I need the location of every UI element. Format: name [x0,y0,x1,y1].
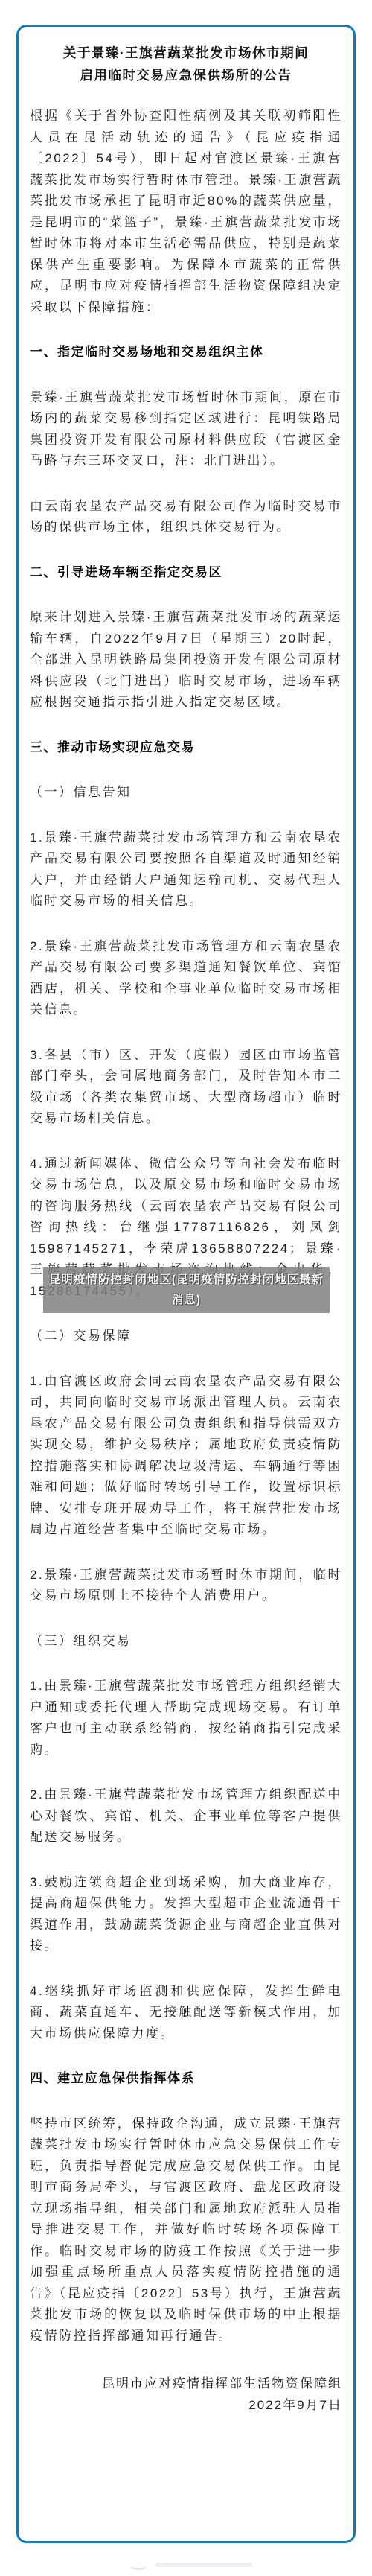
paragraph: 1.景臻·王旗营蔬菜批发市场管理方和云南农垦农产品交易有限公司要按照各自渠道及时… [30,827,342,912]
paragraph: 1.由景臻·王旗营蔬菜批发市场管理方组织经销大户通知或委托代理人帮助完成现场交易… [30,1676,342,1761]
watermark-text-faint [155,2563,252,2567]
paragraph: 3.各县（市）区、开发（度假）园区由市场监管部门牵头，会同属地商务部门，及时告知… [30,1045,342,1130]
section-heading: 三、推动市场实现应急交易 [30,737,342,759]
sub-heading: （二）交易保障 [30,1326,342,1347]
paragraph: 3.鼓励连锁商超企业到场采购，加大商业库存，提高商超保供能力。发挥大型超市企业流… [30,1872,342,1957]
document-footer: 昆明市应对疫情指挥部生活物资保障组 2022年9月7日 [30,2373,342,2416]
paragraph: 景臻·王旗营蔬菜批发市场暂时休市期间，原在市场内的蔬菜交易移到指定区域进行：昆明… [30,387,342,472]
paragraph: 2.由景臻·王旗营蔬菜批发市场管理方组织配送中心对餐饮、宾馆、机关、企事业单位等… [30,1784,342,1848]
watermark-overlay-banner: 昆明疫情防控封闭地区(昆明疫情防控封闭地区最新消息) [43,1267,330,1313]
page-title: 关于景臻·王旗营蔬菜批发市场休市期间 启用临时交易应急保供场所的公告 [30,42,342,86]
page-title-line2: 启用临时交易应急保供场所的公告 [30,64,342,86]
paragraph: 4.继续抓好市场监测和供应保障，发挥生鲜电商、蔬菜直通车、无接触配送等新模式作用… [30,1981,342,2045]
paragraph: 根据《关于省外协查阳性病例及其关联初筛阳性人员在昆活动轨迹的通告》（昆应疫指通〔… [30,106,342,318]
section-heading: 二、引导进场车辆至指定交易区 [30,562,342,584]
sub-heading: （一）信息告知 [30,782,342,804]
paragraph: 1.由官渡区政府会同云南农垦农产品交易有限公司，共同向临时交易市场派出管理人员。… [30,1371,342,1541]
page-title-line1: 关于景臻·王旗营蔬菜批发市场休市期间 [30,42,342,64]
paragraph: 由云南农垦农产品交易有限公司作为临时交易市场的保供市场主体，组织具体交易行为。 [30,496,342,538]
sub-heading: （三）组织交易 [30,1631,342,1653]
paragraph: 2.景臻·王旗营蔬菜批发市场管理方和云南农垦农产品交易有限公司要多渠道通知餐饮单… [30,936,342,1021]
date-line: 2022年9月7日 [30,2395,342,2417]
paragraph: 坚持市区统筹，保持政企沟通，成立景臻·王旗营蔬菜批发市场实行暂时休市应急交易保供… [30,2114,342,2347]
paragraph: 2.景臻·王旗营蔬菜批发市场暂时休市期间，临时交易市场原则上不接待个人消费用户。 [30,1565,342,1607]
bottom-watermark [130,2560,257,2569]
section-heading: 一、指定临时交易场地和交易组织主体 [30,342,342,363]
paragraph: 原来计划进入景臻·王旗营蔬菜批发市场的蔬菜运输车辆，自2022年9月7日（星期三… [30,607,342,713]
section-heading: 四、建立应急保供指挥体系 [30,2068,342,2090]
document-body: 根据《关于省外协查阳性病例及其关联初筛阳性人员在昆活动轨迹的通告》（昆应疫指通〔… [30,106,342,2347]
page: { "title": { "line1": "关于景臻·王旗营蔬菜批发市场休市期… [0,0,372,2576]
signature-line: 昆明市应对疫情指挥部生活物资保障组 [30,2373,342,2395]
watermark-logo-icon [130,2562,147,2570]
